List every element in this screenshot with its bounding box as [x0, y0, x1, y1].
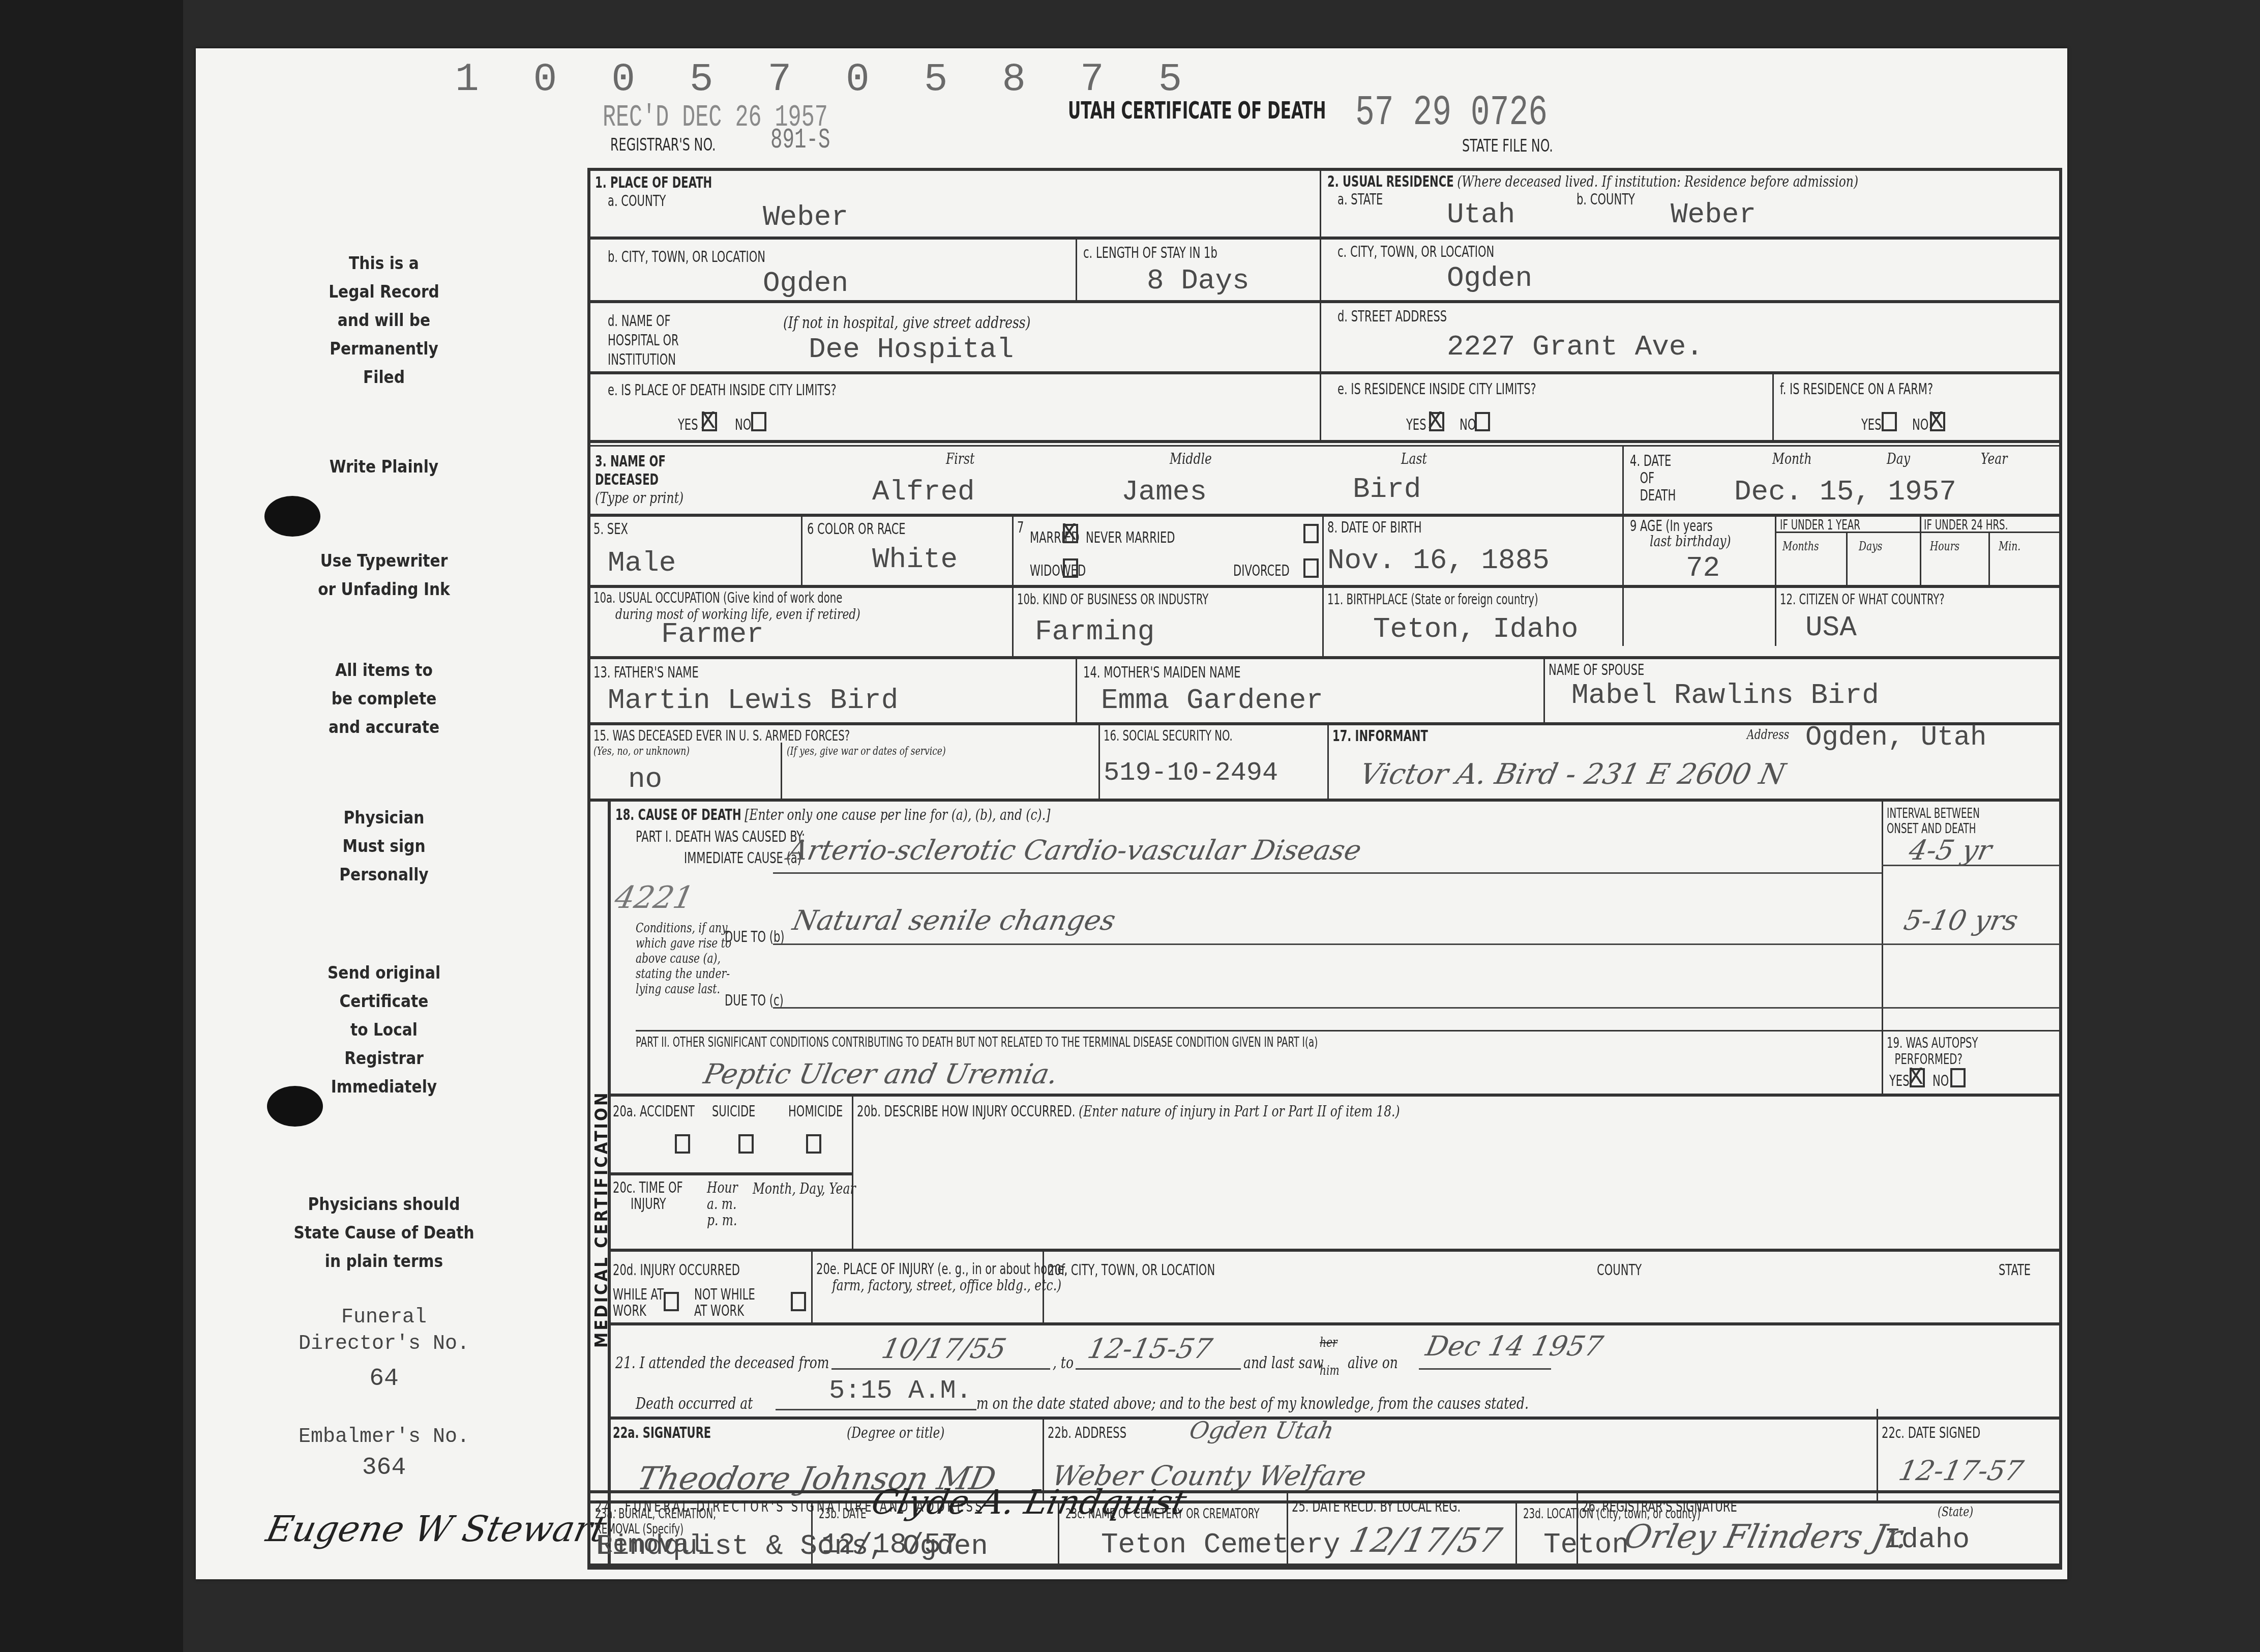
state-file-no: 57 29 0726 — [1355, 89, 1548, 137]
pod-hospital-hint: (If not in hospital, give street address… — [783, 313, 1030, 332]
pod-city-value: Ogden — [763, 267, 848, 300]
injury-state-label: STATE — [1999, 1261, 2031, 1279]
physician-address-label: 22b. ADDRESS — [1048, 1424, 1126, 1442]
res-street-label: d. STREET ADDRESS — [1337, 308, 1447, 326]
suicide-label: SUICIDE — [712, 1103, 755, 1120]
time-of-injury-label: 20c. TIME OFINJURY — [613, 1180, 683, 1213]
registrar-signature-label: 26. REGISTRAR'S SIGNATURE — [1582, 1498, 1737, 1516]
informant-address-label: Address — [1747, 727, 1789, 743]
pod-inside-limits-yes-checkbox[interactable] — [702, 412, 717, 431]
death-time-value: 5:15 A.M. — [829, 1376, 972, 1406]
date-signed-label: 22c. DATE SIGNED — [1882, 1424, 1980, 1442]
race-label: 6 COLOR OR RACE — [807, 520, 906, 538]
punch-hole-bottom — [267, 1086, 323, 1127]
res-no-label: NO — [1460, 416, 1476, 434]
spouse-value: Mabel Rawlins Bird — [1571, 679, 1879, 712]
res-county-label: b. COUNTY — [1577, 191, 1635, 209]
pod-inside-limits-label: e. IS PLACE OF DEATH INSIDE CITY LIMITS? — [608, 381, 837, 399]
interval-b-value: 5-10 yrs — [1901, 904, 2021, 936]
last-seen-value: Dec 14 1957 — [1423, 1330, 1605, 1362]
pod-hospital-label: d. NAME OFHOSPITAL ORINSTITUTION — [608, 312, 679, 370]
pod-county-value: Weber — [763, 201, 848, 233]
ssn-label: 16. SOCIAL SECURITY NO. — [1104, 727, 1233, 744]
dod-month-label: Month — [1772, 450, 1812, 468]
occupation-value: Farmer — [661, 618, 764, 651]
embalmer-no: 364 — [196, 1455, 572, 1481]
res-inside-limits-label: e. IS RESIDENCE INSIDE CITY LIMITS? — [1337, 380, 1536, 398]
informant-label: 17. INFORMANT — [1332, 727, 1428, 745]
injury-description-label: 20b. DESCRIBE HOW INJURY OCCURRED. (Ente… — [857, 1103, 1400, 1120]
pod-stay-value: 8 Days — [1147, 264, 1250, 297]
death-certificate-page: 1 0 0 5 7 0 5 8 7 5 REC'D DEC 26 1957 RE… — [196, 48, 2067, 1579]
autopsy-no-label: NO — [1932, 1072, 1949, 1090]
funeral-director-signature: Clyde A. Lindquist — [868, 1483, 1190, 1522]
res-farm-no-checkbox[interactable] — [1930, 412, 1945, 431]
death-occurred-rest: m on the date stated above; and to the b… — [976, 1394, 1529, 1413]
date-of-death-value: Dec. 15, 1957 — [1734, 476, 1956, 508]
res-farm-label: f. IS RESIDENCE ON A FARM? — [1780, 380, 1933, 398]
under-1-year-label: IF UNDER 1 YEAR — [1780, 518, 1860, 533]
interval-a-value: 4-5 yr — [1906, 834, 1995, 866]
last-saw-label: and last saw — [1243, 1353, 1324, 1372]
father-value: Martin Lewis Bird — [608, 684, 898, 717]
physician-address-line1: Ogden Utah — [1187, 1417, 1336, 1444]
serial-stamp: 1 0 0 5 7 0 5 8 7 5 — [455, 57, 1197, 102]
conditions-hint: Conditions, if any,which gave rise toabo… — [636, 921, 731, 997]
classification-code: 4221 — [612, 880, 697, 916]
attended-to-label: , to — [1053, 1353, 1074, 1372]
registrars-no-label: REGISTRAR'S NO. — [610, 135, 716, 155]
autopsy-yes-checkbox[interactable] — [1910, 1068, 1925, 1087]
never-married-label: NEVER MARRIED — [1086, 529, 1175, 547]
armed-forces-label: 15. WAS DECEASED EVER IN U. S. ARMED FOR… — [593, 727, 850, 744]
her-label: her — [1320, 1335, 1337, 1350]
age-label: 9 AGE (In yearslast birthday) — [1630, 519, 1731, 549]
margin-note-typewriter: Use Typewriteror Unfading Ink — [196, 547, 572, 604]
res-farm-no-label: NO — [1912, 416, 1928, 434]
pod-stay-label: c. LENGTH OF STAY IN 1b — [1083, 244, 1217, 262]
part1-label: PART I. DEATH WAS CAUSED BY: — [636, 828, 805, 846]
injury-occurred-label: 20d. INJURY OCCURRED — [613, 1261, 740, 1279]
pod-no-label: NO — [735, 416, 751, 434]
scanner-background — [0, 0, 183, 1652]
autopsy-yes-label: YES — [1889, 1072, 1910, 1090]
suicide-checkbox[interactable] — [738, 1134, 754, 1154]
due-to-b-value: Natural senile changes — [790, 904, 1118, 936]
res-yes-label: YES — [1406, 416, 1426, 434]
res-city-value: Ogden — [1447, 262, 1532, 294]
birthplace-value: Teton, Idaho — [1373, 613, 1578, 645]
divorced-label: DIVORCED — [1233, 562, 1290, 580]
funeral-director-no: 64 — [196, 1366, 572, 1392]
funeral-director-value: Lindquist & Sons, Ogden — [595, 1530, 988, 1562]
margin-note-cause-plain: Physicians shouldState Cause of Deathin … — [196, 1190, 572, 1276]
hours-label: Hours — [1930, 539, 1959, 553]
dod-day-label: Day — [1887, 450, 1910, 468]
place-of-injury-label: 20e. PLACE OF INJURY (e. g., in or about… — [816, 1261, 1067, 1294]
res-farm-yes-checkbox[interactable] — [1882, 412, 1897, 431]
accident-checkbox[interactable] — [675, 1134, 690, 1154]
embalmer-no-label: Embalmer's No. — [196, 1424, 572, 1451]
certificate-form: 1. PLACE OF DEATH a. COUNTY Weber b. CIT… — [587, 168, 2062, 1567]
accident-label: 20a. ACCIDENT — [613, 1103, 695, 1120]
married-checkbox[interactable] — [1063, 524, 1078, 543]
race-value: White — [872, 543, 958, 576]
immediate-cause-value: Arterio-sclerotic Cardio-vascular Diseas… — [785, 834, 1364, 866]
not-while-at-work-checkbox[interactable] — [791, 1292, 806, 1311]
him-label: him — [1320, 1363, 1340, 1378]
middle-name-value: James — [1121, 476, 1207, 508]
date-received-value: 12/17/57 — [1346, 1521, 1505, 1560]
sex-value: Male — [608, 547, 676, 579]
funeral-registrar-section: 24. FUNERAL DIRECTOR'S SIGNATURE AND ADD… — [587, 1490, 2062, 1567]
never-married-checkbox[interactable] — [1303, 524, 1319, 543]
days-label: Days — [1859, 539, 1882, 553]
dob-label: 8. DATE OF BIRTH — [1327, 519, 1422, 537]
while-at-work-label: WHILE ATWORK — [613, 1287, 664, 1319]
res-inside-limits-yes-checkbox[interactable] — [1429, 412, 1444, 431]
pod-yes-label: YES — [678, 416, 698, 434]
last-name-value: Bird — [1353, 473, 1421, 506]
autopsy-label: 19. WAS AUTOPSYPERFORMED? — [1887, 1035, 1978, 1068]
date-of-death-label: 4. DATEOFDEATH — [1630, 453, 1676, 505]
deceased-name-label: 3. NAME OFDECEASED(Type or print) — [595, 453, 683, 508]
res-state-label: a. STATE — [1337, 191, 1383, 209]
injury-county-label: COUNTY — [1597, 1261, 1642, 1279]
hour-label: Houra. m.p. m. — [707, 1180, 738, 1229]
alive-on-label: alive on — [1348, 1353, 1398, 1372]
birthplace-label: 11. BIRTHPLACE (State or foreign country… — [1327, 591, 1538, 608]
months-label: Months — [1782, 539, 1819, 553]
ssn-value: 519-10-2494 — [1104, 758, 1278, 788]
last-name-label: Last — [1401, 450, 1427, 468]
pod-hospital-value: Dee Hospital — [809, 333, 1014, 366]
homicide-label: HOMICIDE — [788, 1103, 843, 1120]
informant-value: Victor A. Bird - 231 E 2600 N — [1357, 758, 1788, 791]
pod-city-label: b. CITY, TOWN, OR LOCATION — [608, 248, 765, 266]
armed-forces-hint-2: (If yes, give war or dates of service) — [787, 745, 946, 758]
widowed-checkbox[interactable] — [1063, 558, 1078, 578]
under-24-hrs-label: IF UNDER 24 HRS. — [1924, 518, 2008, 533]
res-farm-yes-label: YES — [1861, 416, 1882, 434]
informant-address-value: Ogden, Utah — [1805, 722, 1986, 753]
autopsy-no-checkbox[interactable] — [1950, 1068, 1966, 1087]
mother-label: 14. MOTHER'S MAIDEN NAME — [1083, 664, 1241, 682]
marital-number: 7 — [1017, 519, 1024, 537]
date-signed-value: 12-17-57 — [1896, 1455, 2026, 1487]
sex-label: 5. SEX — [593, 520, 628, 538]
usual-residence-label: 2. USUAL RESIDENCE (Where deceased lived… — [1327, 173, 1858, 191]
signature-label: 22a. SIGNATURE — [613, 1424, 711, 1442]
mother-value: Emma Gardener — [1101, 684, 1323, 717]
spouse-label: NAME OF SPOUSE — [1549, 661, 1644, 679]
degree-label: (Degree or title) — [847, 1424, 945, 1442]
medical-certification-label: MEDICAL CERTIFICATION — [591, 1090, 612, 1348]
death-occurred-label: Death occurred at — [636, 1394, 753, 1413]
while-at-work-checkbox[interactable] — [664, 1292, 679, 1311]
industry-value: Farming — [1035, 615, 1154, 648]
immediate-cause-label: IMMEDIATE CAUSE (a) — [684, 849, 801, 867]
date-received-label: 25. DATE RECD. BY LOCAL REG. — [1292, 1498, 1461, 1516]
citizen-value: USA — [1805, 611, 1857, 644]
middle-name-label: Middle — [1170, 450, 1212, 468]
cause-of-death-label: 18. CAUSE OF DEATH [Enter only one cause… — [615, 806, 1050, 824]
pod-inside-limits-no-checkbox[interactable] — [751, 412, 766, 431]
place-of-death-label: 1. PLACE OF DEATH — [595, 174, 712, 192]
margin-note-complete: All items tobe completeand accurate — [196, 656, 572, 742]
age-value: 72 — [1686, 552, 1720, 584]
res-city-label: c. CITY, TOWN, OR LOCATION — [1337, 243, 1494, 261]
interval-label: INTERVAL BETWEENONSET AND DEATH — [1887, 806, 1980, 837]
punch-hole-top — [264, 496, 320, 537]
first-name-value: Alfred — [872, 476, 975, 508]
embalmer-signature: Eugene W Stewart — [262, 1508, 610, 1550]
attended-from-value: 10/17/55 — [879, 1333, 1009, 1365]
margin-note-send-original: Send originalCertificateto LocalRegistra… — [196, 959, 572, 1101]
registrars-no: 891-S — [770, 124, 830, 156]
citizen-label: 12. CITIZEN OF WHAT COUNTRY? — [1780, 591, 1945, 608]
part2-value: Peptic Ulcer and Uremia. — [701, 1058, 1061, 1090]
certificate-title: UTAH CERTIFICATE OF DEATH — [1068, 97, 1326, 124]
part2-label: PART II. OTHER SIGNIFICANT CONDITIONS CO… — [636, 1035, 1318, 1050]
dod-year-label: Year — [1981, 450, 2007, 468]
dob-value: Nov. 16, 1885 — [1327, 544, 1550, 577]
margin-note-physician-sign: PhysicianMust signPersonally — [196, 804, 572, 889]
pod-county-label: a. COUNTY — [608, 192, 666, 210]
not-while-at-work-label: NOT WHILEAT WORK — [694, 1287, 755, 1319]
mdy-label: Month, Day, Year — [753, 1180, 856, 1198]
res-state-value: Utah — [1447, 198, 1515, 231]
homicide-checkbox[interactable] — [806, 1134, 821, 1154]
state-file-no-label: STATE FILE NO. — [1462, 136, 1553, 156]
margin-note-write-plainly: Write Plainly — [196, 453, 572, 481]
res-inside-limits-no-checkbox[interactable] — [1475, 412, 1490, 431]
res-county-value: Weber — [1671, 198, 1756, 231]
armed-forces-value: no — [628, 763, 662, 795]
father-label: 13. FATHER'S NAME — [593, 664, 699, 682]
funeral-director-no-label: FuneralDirector's No. — [196, 1305, 572, 1358]
margin-note-legal: This is aLegal Recordand will bePermanen… — [196, 249, 572, 392]
attended-to-value: 12-15-57 — [1085, 1333, 1215, 1365]
industry-label: 10b. KIND OF BUSINESS OR INDUSTRY — [1017, 591, 1208, 608]
armed-forces-hint-1: (Yes, no, or unknown) — [593, 745, 690, 758]
divorced-checkbox[interactable] — [1303, 558, 1319, 578]
injury-city-label: 20f. CITY, TOWN, OR LOCATION — [1048, 1261, 1215, 1279]
attended-label: 21. I attended the deceased from — [615, 1353, 829, 1372]
registrar-signature: Orley Flinders Jr. — [1621, 1518, 1912, 1556]
first-name-label: First — [946, 450, 974, 468]
res-street-value: 2227 Grant Ave. — [1447, 331, 1703, 363]
min-label: Min. — [1999, 539, 2020, 553]
